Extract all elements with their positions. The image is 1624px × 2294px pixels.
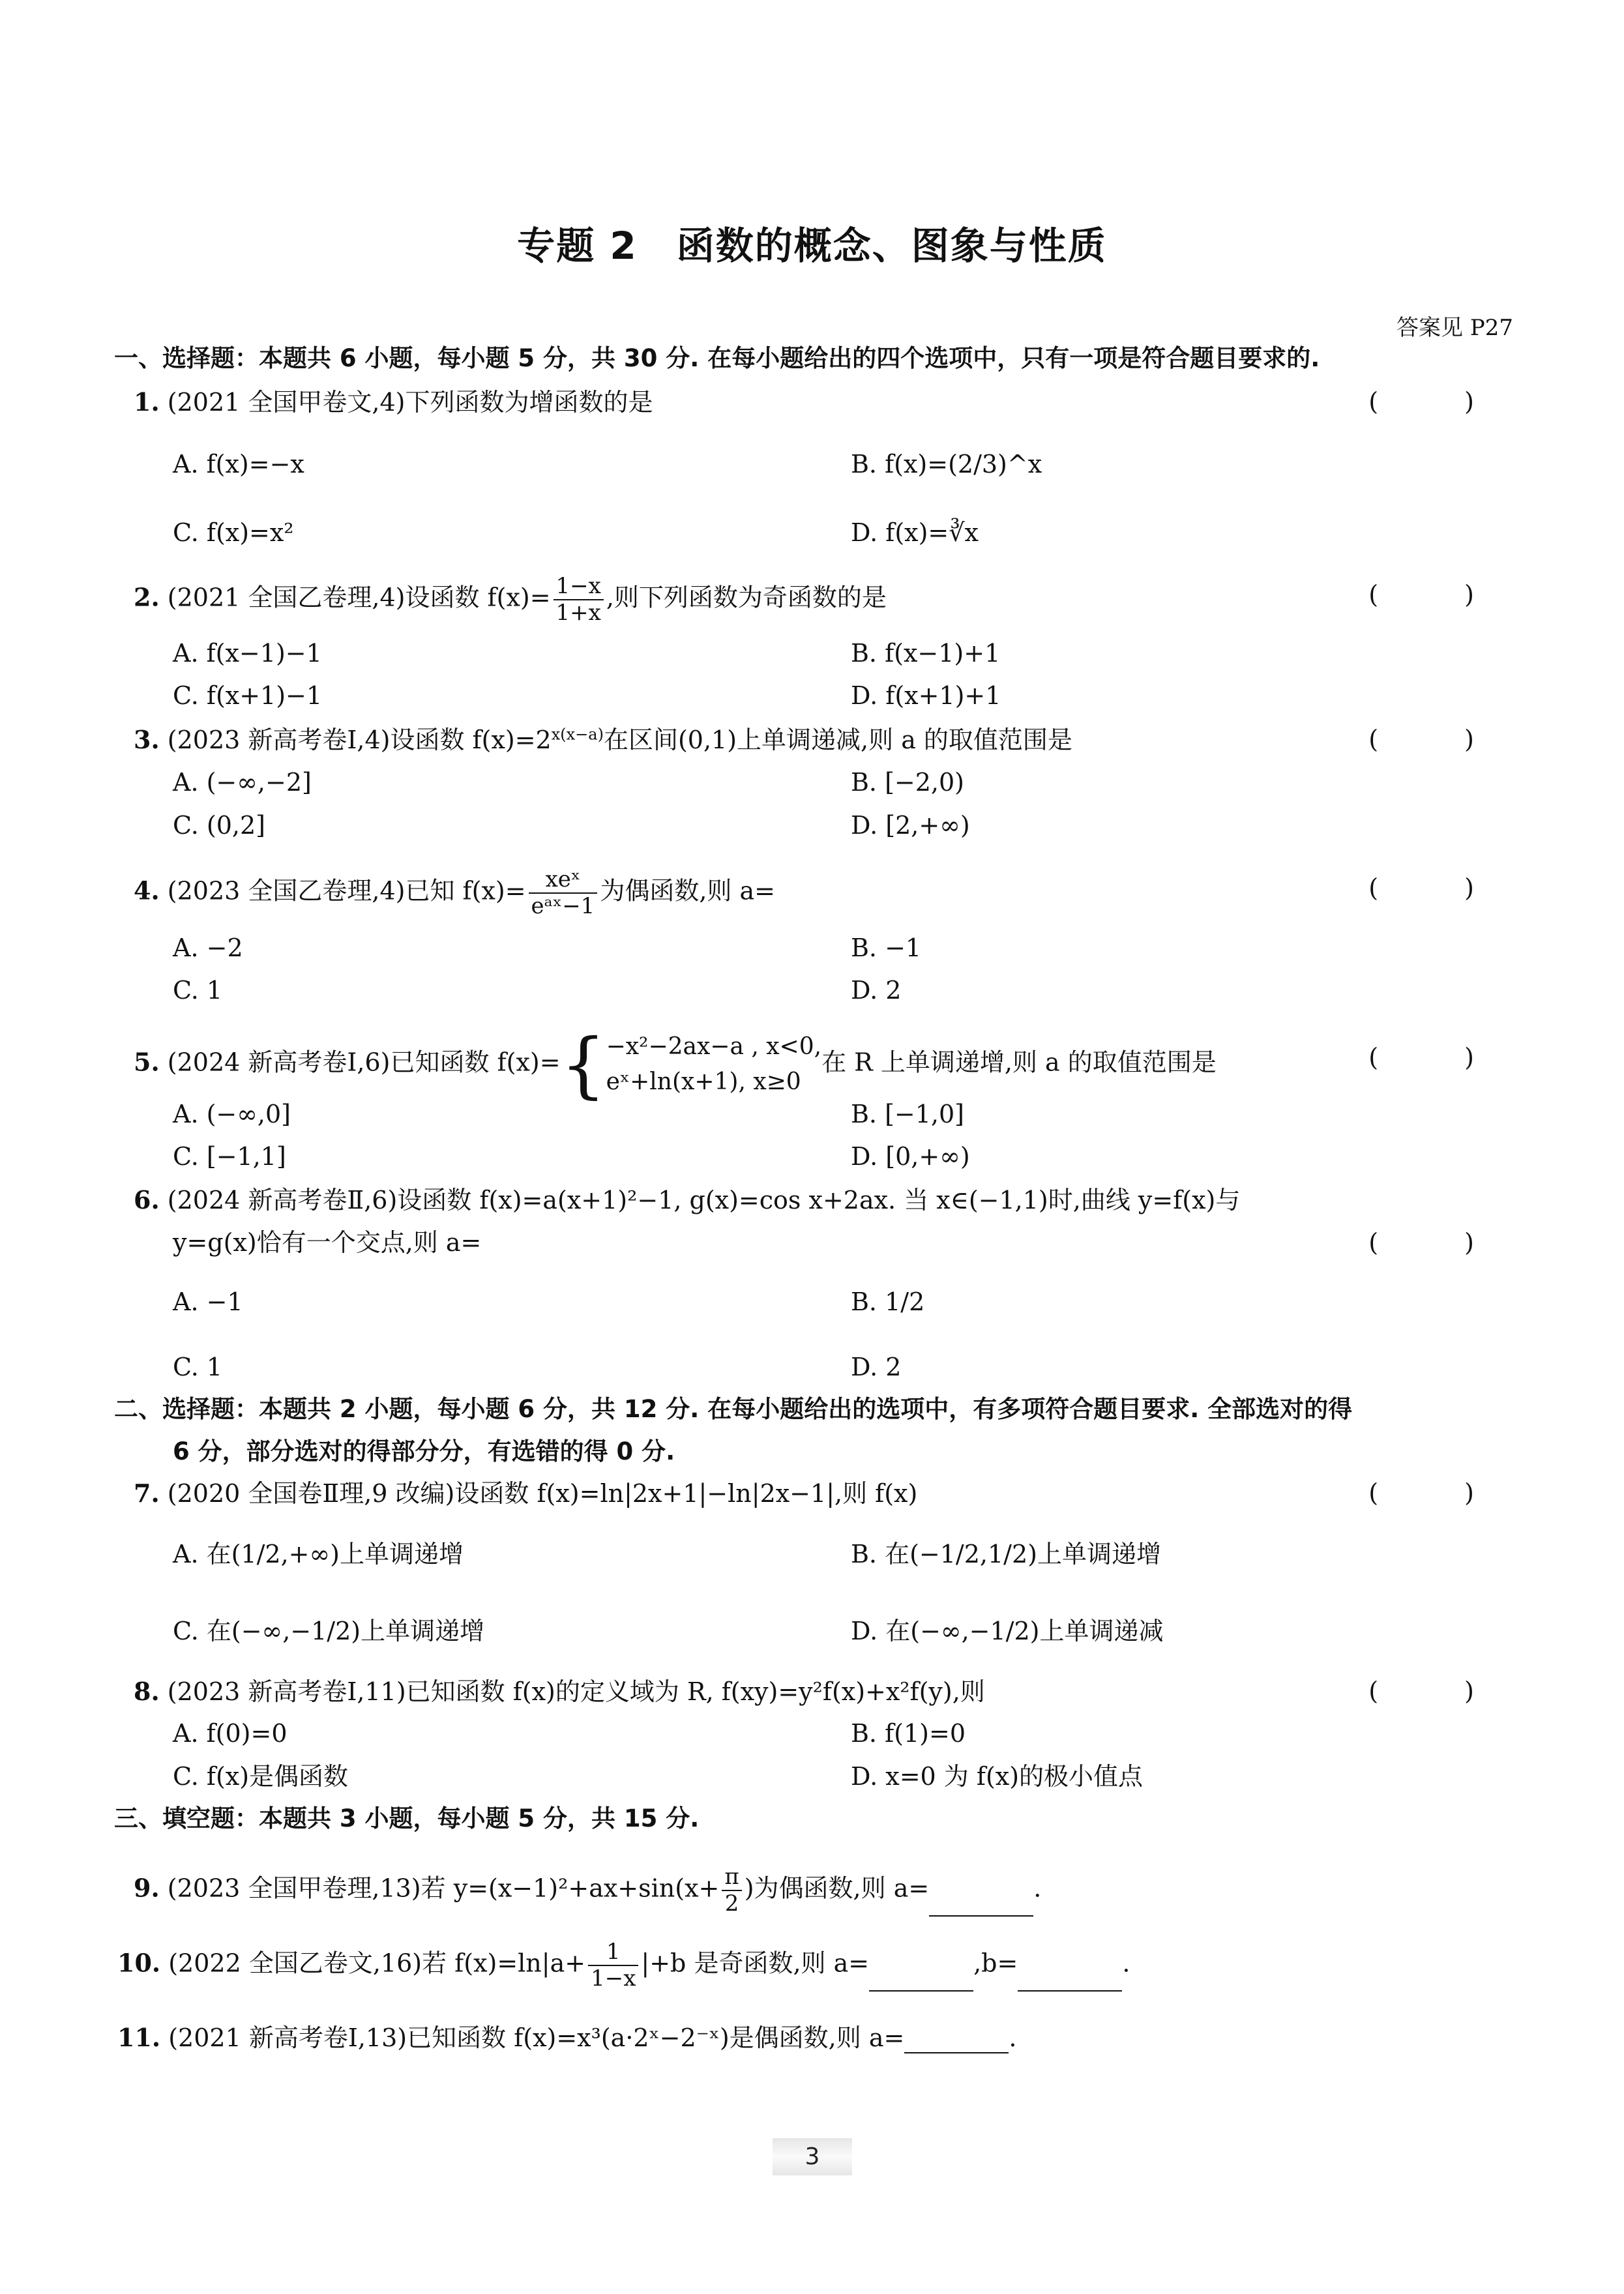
option-a: A. f(x)=−x xyxy=(173,450,304,480)
question-number: 2. xyxy=(134,583,160,612)
fraction: π2 xyxy=(722,1864,741,1917)
denominator: 1−x xyxy=(588,1966,638,1992)
question-7: 7. (2020 全国卷Ⅱ理,9 改编)设函数 f(x)=ln|2x+1|−ln… xyxy=(134,1478,917,1509)
period: . xyxy=(1122,1949,1130,1978)
option-b: B. −1 xyxy=(851,934,921,963)
question-3: 3. (2023 新高考卷Ⅰ,4)设函数 f(x)=2x(x−a)在区间(0,1… xyxy=(134,725,1072,756)
section-heading-2: 二、选择题：本题共 2 小题，每小题 6 分，共 12 分. 在每小题给出的选项… xyxy=(114,1395,1352,1424)
option-c: C. 在(−∞,−1/2)上单调递增 xyxy=(173,1617,484,1647)
question-source: (2023 新高考卷Ⅰ,4) xyxy=(168,726,391,754)
option-b: B. 在(−1/2,1/2)上单调递增 xyxy=(851,1540,1161,1570)
numerator: 1 xyxy=(588,1939,638,1966)
question-number: 9. xyxy=(134,1874,160,1903)
option-a: A. f(0)=0 xyxy=(173,1719,288,1749)
page-title: 专题 2 函数的概念、图象与性质 xyxy=(0,215,1624,270)
answer-blank[interactable] xyxy=(904,2030,1009,2053)
option-a: A. f(x−1)−1 xyxy=(173,639,322,669)
question-stem-post: 为偶函数,则 a= xyxy=(600,877,775,905)
question-source: (2021 全国甲卷文,4) xyxy=(168,388,406,417)
option-c: C. f(x+1)−1 xyxy=(173,681,322,711)
question-stem: 已知函数 f(x)的定义域为 R, f(xy)=y²f(x)+x²f(y),则 xyxy=(406,1677,985,1706)
page-number: 3 xyxy=(773,2138,852,2175)
option-a: A. −2 xyxy=(173,934,243,963)
question-1: 1. (2021 全国甲卷文,4)下列函数为增函数的是 xyxy=(134,387,653,418)
question-11: 11. (2021 新高考卷Ⅰ,13)已知函数 f(x)=x³(a·2ˣ−2⁻ˣ… xyxy=(117,2023,1016,2053)
option-c: C. [−1,1] xyxy=(173,1142,286,1172)
piecewise-definition: −x²−2ax−a , x<0,eˣ+ln(x+1), x≥0 xyxy=(606,1029,822,1100)
question-stem-pre: 设函数 f(x)=2 xyxy=(390,726,551,754)
option-c: C. f(x)=x² xyxy=(173,518,294,548)
question-stem: 下列函数为增函数的是 xyxy=(405,388,653,417)
question-10: 10. (2022 全国乙卷文,16)若 f(x)=ln|a+11−x|+b 是… xyxy=(117,1939,1130,1992)
answer-paren: ( ) xyxy=(1368,580,1513,609)
question-6: 6. (2024 新高考卷Ⅱ,6)设函数 f(x)=a(x+1)²−1, g(x… xyxy=(134,1185,1240,1216)
question-number: 10. xyxy=(117,1948,160,1978)
question-source: (2021 全国乙卷理,4) xyxy=(168,583,406,612)
question-stem-mid: |+b 是奇函数,则 a= xyxy=(641,1949,869,1978)
question-stem-post: )为偶函数,则 a= xyxy=(745,1874,929,1903)
option-d: D. 2 xyxy=(851,976,901,1006)
answer-paren: ( ) xyxy=(1368,1228,1513,1257)
answer-blank-a[interactable] xyxy=(869,1968,973,1992)
option-c: C. f(x)是偶函数 xyxy=(173,1762,348,1792)
option-b: B. 1/2 xyxy=(851,1287,924,1317)
question-number: 4. xyxy=(134,876,160,905)
left-brace: { xyxy=(561,1023,606,1106)
question-stem-pre: 若 f(x)=ln|a+ xyxy=(422,1949,585,1978)
question-number: 3. xyxy=(134,725,160,754)
option-d: D. [0,+∞) xyxy=(851,1142,970,1172)
exponent: x(x−a) xyxy=(552,725,604,743)
answer-paren: ( ) xyxy=(1368,1478,1513,1507)
piece-1: −x²−2ax−a , x<0, xyxy=(606,1029,822,1065)
question-stem-pre: 若 y=(x−1)²+ax+sin(x+ xyxy=(421,1874,720,1903)
question-stem-pre: 设函数 f(x)= xyxy=(405,583,550,612)
denominator: 1+x xyxy=(554,600,604,626)
question-number: 7. xyxy=(134,1478,160,1508)
question-source: (2023 全国乙卷理,4) xyxy=(168,877,406,905)
question-number: 1. xyxy=(134,387,160,417)
fraction: 11−x xyxy=(588,1939,638,1992)
option-c: C. 1 xyxy=(173,1353,222,1383)
question-stem-post: ,则下列函数为奇函数的是 xyxy=(606,583,887,612)
option-a: A. (−∞,−2] xyxy=(173,768,312,798)
option-a: A. −1 xyxy=(173,1287,243,1317)
option-a: A. 在(1/2,+∞)上单调递增 xyxy=(173,1540,464,1570)
option-d: D. x=0 为 f(x)的极小值点 xyxy=(851,1762,1143,1792)
numerator: 1−x xyxy=(554,574,604,600)
option-b: B. f(x−1)+1 xyxy=(851,639,1000,669)
question-stem: 已知函数 f(x)=x³(a·2ˣ−2⁻ˣ)是偶函数,则 a= xyxy=(407,2023,904,2052)
option-b: B. [−2,0) xyxy=(851,768,964,798)
question-stem-pre: 已知函数 f(x)= xyxy=(390,1048,560,1077)
period: . xyxy=(1033,1874,1041,1903)
question-source: (2020 全国卷Ⅱ理,9 改编) xyxy=(168,1479,455,1508)
answer-paren: ( ) xyxy=(1368,1677,1513,1705)
question-source: (2021 新高考卷Ⅰ,13) xyxy=(168,2023,407,2052)
question-source: (2024 新高考卷Ⅱ,6) xyxy=(168,1186,398,1214)
answer-blank[interactable] xyxy=(929,1893,1033,1917)
question-number: 11. xyxy=(117,2023,160,2052)
section-heading-1: 一、选择题：本题共 6 小题，每小题 5 分，共 30 分. 在每小题给出的四个… xyxy=(114,344,1320,373)
option-c: C. (0,2] xyxy=(173,811,265,841)
question-5: 5. (2024 新高考卷Ⅰ,6)已知函数 f(x)={−x²−2ax−a , … xyxy=(134,1022,1217,1108)
fraction: xeˣeᵃˣ−1 xyxy=(529,867,598,919)
option-a: A. (−∞,0] xyxy=(173,1100,291,1130)
option-d: D. f(x+1)+1 xyxy=(851,681,1001,711)
question-source: (2023 全国甲卷理,13) xyxy=(168,1874,421,1903)
numerator: xeˣ xyxy=(529,867,598,894)
section-heading-2-line2: 6 分，部分选对的得部分分，有选错的得 0 分. xyxy=(173,1437,675,1466)
question-number: 5. xyxy=(134,1048,160,1077)
question-number: 6. xyxy=(134,1185,160,1214)
section-heading-3: 三、填空题：本题共 3 小题，每小题 5 分，共 15 分. xyxy=(114,1804,699,1833)
fraction: 1−x1+x xyxy=(554,574,604,626)
numerator: π xyxy=(722,1864,741,1891)
question-stem-mid2: ,b= xyxy=(973,1949,1018,1978)
denominator: 2 xyxy=(722,1891,741,1917)
option-d: D. [2,+∞) xyxy=(851,811,970,841)
period: . xyxy=(1009,2023,1016,2052)
option-d: D. 2 xyxy=(851,1353,901,1383)
answer-blank-b[interactable] xyxy=(1018,1968,1122,1992)
question-stem-post: 在区间(0,1)上单调递减,则 a 的取值范围是 xyxy=(604,726,1072,754)
option-c: C. 1 xyxy=(173,976,222,1006)
question-stem-pre: 已知 f(x)= xyxy=(405,877,525,905)
question-2: 2. (2021 全国乙卷理,4)设函数 f(x)=1−x1+x,则下列函数为奇… xyxy=(134,574,887,626)
piece-2: eˣ+ln(x+1), x≥0 xyxy=(606,1065,822,1100)
option-b: B. f(1)=0 xyxy=(851,1719,966,1749)
question-9: 9. (2023 全国甲卷理,13)若 y=(x−1)²+ax+sin(x+π2… xyxy=(134,1864,1041,1917)
question-source: (2023 新高考卷Ⅰ,11) xyxy=(168,1677,406,1706)
question-source: (2022 全国乙卷文,16) xyxy=(168,1949,422,1978)
question-stem: 设函数 f(x)=ln|2x+1|−ln|2x−1|,则 f(x) xyxy=(454,1479,917,1508)
option-b: B. [−1,0] xyxy=(851,1100,964,1130)
answer-reference: 答案见 P27 xyxy=(1396,310,1513,342)
question-number: 8. xyxy=(134,1677,160,1706)
denominator: eᵃˣ−1 xyxy=(529,894,598,919)
question-8: 8. (2023 新高考卷Ⅰ,11)已知函数 f(x)的定义域为 R, f(xy… xyxy=(134,1677,985,1707)
answer-paren: ( ) xyxy=(1368,725,1513,754)
question-stem-post: 在 R 上单调递增,则 a 的取值范围是 xyxy=(821,1048,1217,1077)
question-4: 4. (2023 全国乙卷理,4)已知 f(x)=xeˣeᵃˣ−1为偶函数,则 … xyxy=(134,867,775,919)
answer-paren: ( ) xyxy=(1368,387,1513,416)
answer-paren: ( ) xyxy=(1368,1043,1513,1072)
option-b: B. f(x)=(2/3)^x xyxy=(851,450,1042,480)
question-source: (2024 新高考卷Ⅰ,6) xyxy=(168,1048,391,1077)
option-d: D. f(x)=∛x xyxy=(851,518,979,548)
question-6-line2: y=g(x)恰有一个交点,则 a= xyxy=(173,1228,481,1258)
option-d: D. 在(−∞,−1/2)上单调递减 xyxy=(851,1617,1164,1647)
answer-paren: ( ) xyxy=(1368,874,1513,902)
question-stem-line1: 设函数 f(x)=a(x+1)²−1, g(x)=cos x+2ax. 当 x∈… xyxy=(397,1186,1240,1214)
